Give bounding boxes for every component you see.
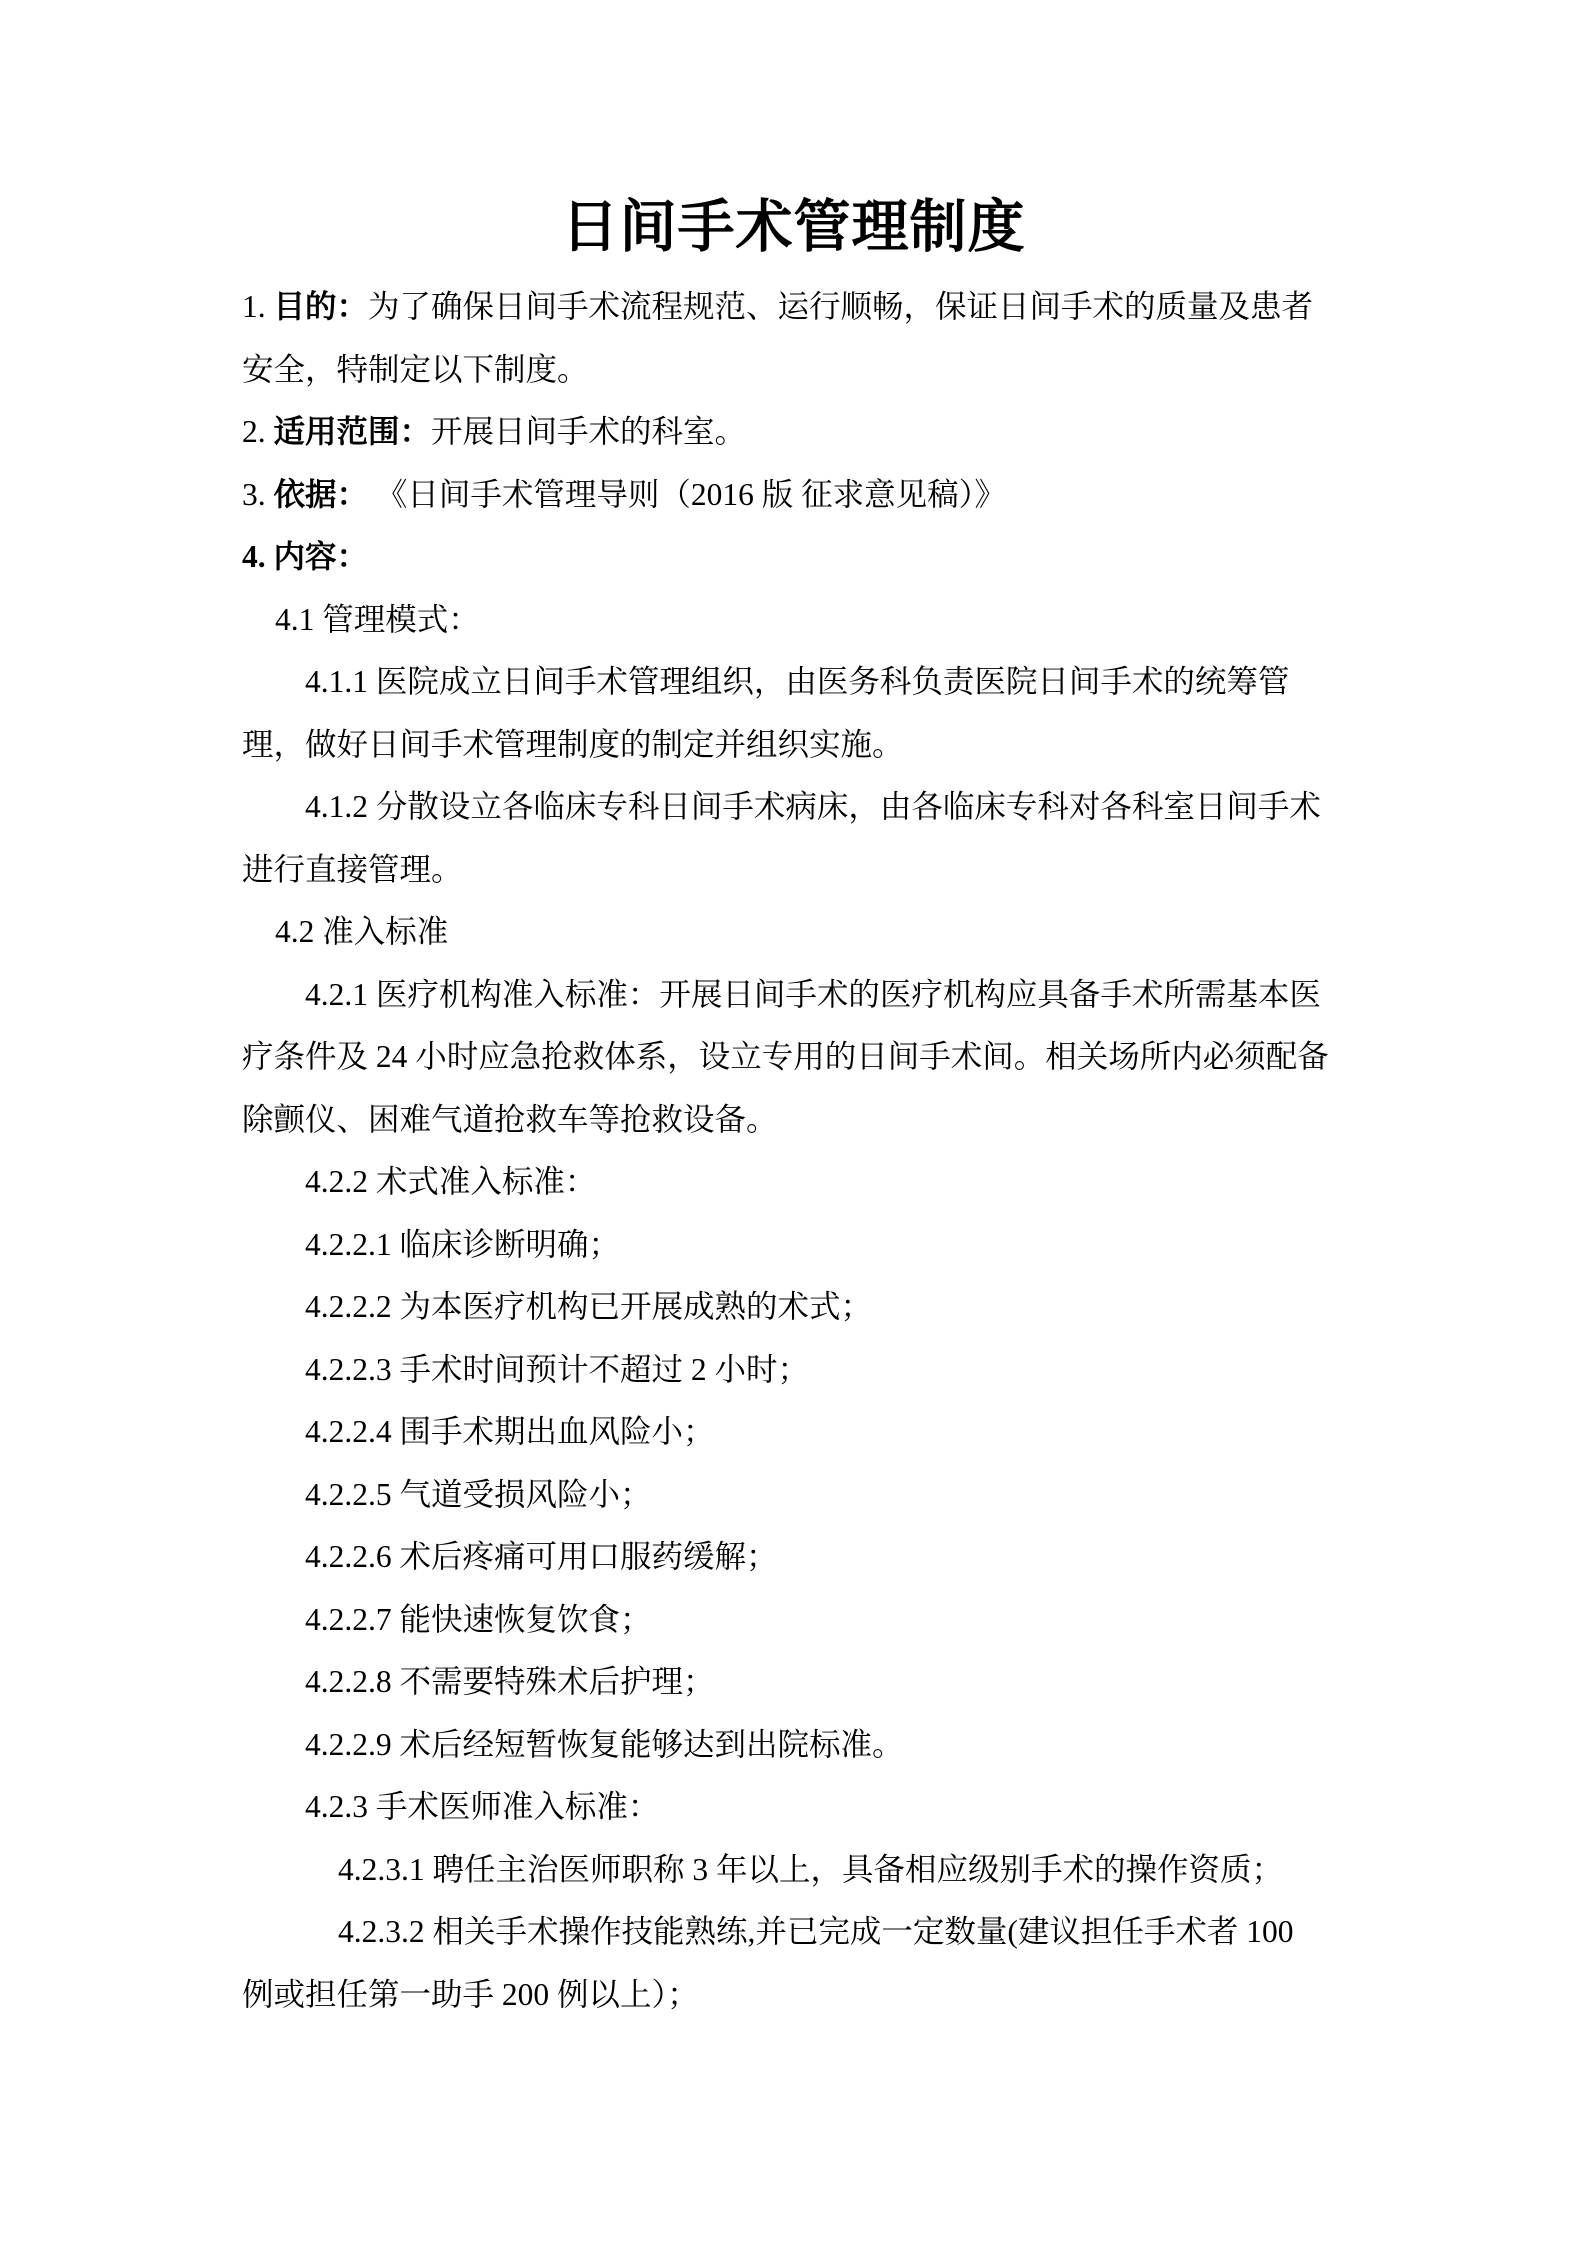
line-label-bold: 4. 内容： <box>242 539 368 574</box>
document-line: 4.1 管理模式： <box>242 589 1352 652</box>
line-text: 例或担任第一助手 200 例以上）； <box>242 1977 699 2012</box>
document-line: 4.2.2 术式准入标准： <box>242 1151 1352 1214</box>
document-line: 疗条件及 24 小时应急抢救体系，设立专用的日间手术间。相关场所内必须配备 <box>242 1026 1352 1089</box>
document-body: 1. 目的：为了确保日间手术流程规范、运行顺畅，保证日间手术的质量及患者安全，特… <box>242 276 1352 2026</box>
line-text: 2. <box>242 414 274 449</box>
line-text: 4.2.2.3 手术时间预计不超过 2 小时； <box>305 1352 809 1387</box>
document-line: 4.2.3.1 聘任主治医师职称 3 年以上，具备相应级别手术的操作资质； <box>242 1839 1352 1902</box>
document-line: 4.2.2.5 气道受损风险小； <box>242 1464 1352 1527</box>
line-text: 4.2.2.7 能快速恢复饮食； <box>305 1602 652 1637</box>
line-label-bold: 依据： <box>274 477 369 512</box>
document-line: 4.1.2 分散设立各临床专科日间手术病床，由各临床专科对各科室日间手术 <box>242 776 1352 839</box>
line-text: 3. <box>242 477 274 512</box>
document-line: 理，做好日间手术管理制度的制定并组织实施。 <box>242 714 1352 777</box>
line-text: 4.1.2 分散设立各临床专科日间手术病床，由各临床专科对各科室日间手术 <box>305 789 1321 824</box>
document-title: 日间手术管理制度 <box>0 198 1587 258</box>
document-page: 日间手术管理制度 1. 目的：为了确保日间手术流程规范、运行顺畅，保证日间手术的… <box>0 0 1587 2245</box>
document-line: 4.2.2.4 围手术期出血风险小； <box>242 1401 1352 1464</box>
line-text: 4.2.2.8 不需要特殊术后护理； <box>305 1664 715 1699</box>
line-text: 4.2.3.1 聘任主治医师职称 3 年以上，具备相应级别手术的操作资质； <box>338 1852 1283 1887</box>
document-line: 4.2.2.7 能快速恢复饮食； <box>242 1589 1352 1652</box>
document-line: 4.2.3.2 相关手术操作技能熟练,并已完成一定数量(建议担任手术者 100 <box>242 1901 1352 1964</box>
document-line: 4.2.3 手术医师准入标准： <box>242 1776 1352 1839</box>
document-line: 4.2.1 医疗机构准入标准：开展日间手术的医疗机构应具备手术所需基本医 <box>242 964 1352 1027</box>
document-line: 2. 适用范围：开展日间手术的科室。 <box>242 401 1352 464</box>
line-label-bold: 适用范围： <box>274 414 432 449</box>
document-line: 安全，特制定以下制度。 <box>242 339 1352 402</box>
line-text: 除颤仪、困难气道抢救车等抢救设备。 <box>242 1102 778 1137</box>
document-line: 3. 依据： 《日间手术管理导则（2016 版 征求意见稿）》 <box>242 464 1352 527</box>
line-text: 4.2.3 手术医师准入标准： <box>305 1789 659 1824</box>
line-text: 1. <box>242 289 274 324</box>
document-line: 4.2 准入标准 <box>242 901 1352 964</box>
line-text: 4.2.2 术式准入标准： <box>305 1164 596 1199</box>
document-line: 4. 内容： <box>242 526 1352 589</box>
line-text: 4.2.2.9 术后经短暂恢复能够达到出院标准。 <box>305 1727 904 1762</box>
line-text: 4.2.2.2 为本医疗机构已开展成熟的术式； <box>305 1289 872 1324</box>
line-text: 安全，特制定以下制度。 <box>242 352 589 387</box>
line-label-bold: 目的： <box>274 289 369 324</box>
line-text: 开展日间手术的科室。 <box>431 414 746 449</box>
line-text: 4.2.3.2 相关手术操作技能熟练,并已完成一定数量(建议担任手术者 100 <box>338 1914 1294 1949</box>
document-line: 4.2.2.6 术后疼痛可用口服药缓解； <box>242 1526 1352 1589</box>
line-text: 疗条件及 24 小时应急抢救体系，设立专用的日间手术间。相关场所内必须配备 <box>242 1039 1329 1074</box>
line-text: 《日间手术管理导则（2016 版 征求意见稿）》 <box>368 477 1006 512</box>
document-line: 4.2.2.2 为本医疗机构已开展成熟的术式； <box>242 1276 1352 1339</box>
line-text: 4.2.2.1 临床诊断明确； <box>305 1227 620 1262</box>
document-line: 1. 目的：为了确保日间手术流程规范、运行顺畅，保证日间手术的质量及患者 <box>242 276 1352 339</box>
line-text: 4.2.1 医疗机构准入标准：开展日间手术的医疗机构应具备手术所需基本医 <box>305 977 1321 1012</box>
line-text: 4.2.2.5 气道受损风险小； <box>305 1477 652 1512</box>
line-text: 4.1.1 医院成立日间手术管理组织，由医务科负责医院日间手术的统筹管 <box>305 664 1289 699</box>
document-line: 4.2.2.1 临床诊断明确； <box>242 1214 1352 1277</box>
line-text: 4.2.2.6 术后疼痛可用口服药缓解； <box>305 1539 778 1574</box>
line-text: 进行直接管理。 <box>242 852 463 887</box>
line-text: 4.2 准入标准 <box>275 914 448 949</box>
line-text: 为了确保日间手术流程规范、运行顺畅，保证日间手术的质量及患者 <box>368 289 1313 324</box>
document-line: 4.2.2.3 手术时间预计不超过 2 小时； <box>242 1339 1352 1402</box>
line-text: 理，做好日间手术管理制度的制定并组织实施。 <box>242 727 904 762</box>
document-line: 进行直接管理。 <box>242 839 1352 902</box>
line-text: 4.1 管理模式： <box>275 602 480 637</box>
document-line: 除颤仪、困难气道抢救车等抢救设备。 <box>242 1089 1352 1152</box>
document-line: 4.1.1 医院成立日间手术管理组织，由医务科负责医院日间手术的统筹管 <box>242 651 1352 714</box>
line-text: 4.2.2.4 围手术期出血风险小； <box>305 1414 715 1449</box>
document-line: 4.2.2.9 术后经短暂恢复能够达到出院标准。 <box>242 1714 1352 1777</box>
document-line: 例或担任第一助手 200 例以上）； <box>242 1964 1352 2027</box>
document-line: 4.2.2.8 不需要特殊术后护理； <box>242 1651 1352 1714</box>
